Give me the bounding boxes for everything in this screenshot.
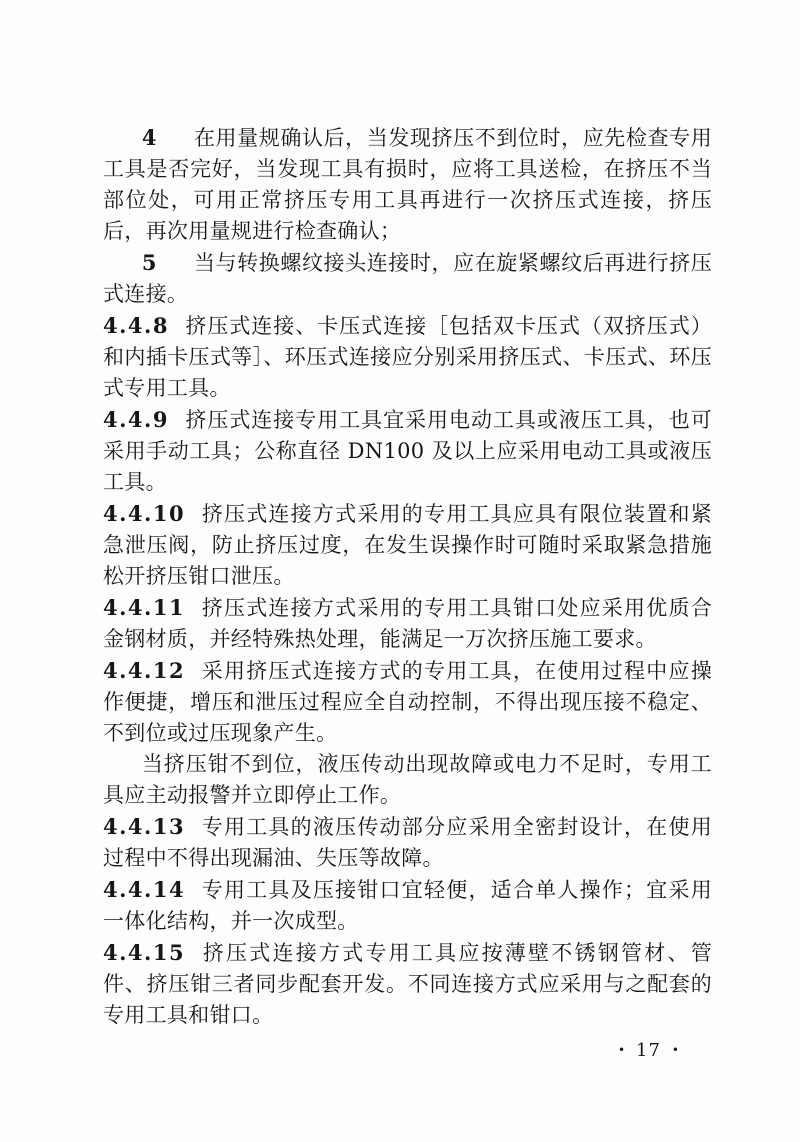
paragraph-text: 挤压式连接方式采用的专用工具钳口处应采用优质合金钢材质，并经特殊热处理，能满足一… [103,596,712,651]
clause-number: 4.4.8 [103,313,169,338]
clause-number: 4.4.12 [103,658,185,683]
paragraph-text: 挤压式连接方式专用工具应按薄壁不锈钢管材、管件、挤压钳三者同步配套开发。不同连接… [103,941,712,1027]
paragraph-subitem-5: 5当与转换螺纹接头连接时，应在旋紧螺纹后再进行挤压式连接。 [103,247,712,310]
paragraph-clause-4-4-13: 4.4.13专用工具的液压传动部分应采用全密封设计，在使用过程中不得出现漏油、失… [103,811,712,874]
paragraph-text: 挤压式连接、卡压式连接［包括双卡压式（双挤压式）和内插卡压式等］、环压式连接应分… [103,314,712,400]
subitem-number: 5 [142,250,158,275]
paragraph-text: 当与转换螺纹接头连接时，应在旋紧螺纹后再进行挤压式连接。 [103,251,712,306]
paragraph-text: 挤压式连接专用工具宜采用电动工具或液压工具，也可采用手动工具；公称直径 DN10… [103,408,712,494]
footer-left-dot: • [618,1043,625,1057]
paragraph-subitem-4: 4在用量规确认后，当发现挤压不到位时，应先检查专用工具是否完好，当发现工具有损时… [103,122,712,247]
paragraph-clause-4-4-8: 4.4.8挤压式连接、卡压式连接［包括双卡压式（双挤压式）和内插卡压式等］、环压… [103,310,712,404]
page-number: 17 [636,1040,661,1061]
clause-number: 4.4.11 [103,595,185,620]
clause-number: 4.4.15 [103,940,185,965]
paragraph-clause-4-4-10: 4.4.10挤压式连接方式采用的专用工具应具有限位装置和紧急泄压阀，防止挤压过度… [103,498,712,592]
scanned-page: 4在用量规确认后，当发现挤压不到位时，应先检查专用工具是否完好，当发现工具有损时… [0,0,800,1142]
clause-number: 4.4.14 [103,877,185,902]
paragraph-text: 专用工具及压接钳口宜轻便，适合单人操作；宜采用一体化结构，并一次成型。 [103,878,712,933]
page-footer: •17• [103,1040,712,1061]
paragraph-text: 当挤压钳不到位，液压传动出现故障或电力不足时，专用工具应主动报警并立即停止工作。 [103,752,712,807]
clause-number: 4.4.13 [103,814,185,839]
paragraph-text: 挤压式连接方式采用的专用工具应具有限位装置和紧急泄压阀，防止挤压过度，在发生误操… [103,502,712,588]
paragraph-text: 在用量规确认后，当发现挤压不到位时，应先检查专用工具是否完好，当发现工具有损时，… [103,126,712,243]
paragraph-clause-4-4-9: 4.4.9挤压式连接专用工具宜采用电动工具或液压工具，也可采用手动工具；公称直径… [103,404,712,498]
clause-number: 4.4.9 [103,407,169,432]
paragraph-clause-4-4-12: 4.4.12采用挤压式连接方式的专用工具，在使用过程中应操作便捷，增压和泄压过程… [103,655,712,749]
paragraph-continuation: 当挤压钳不到位，液压传动出现故障或电力不足时，专用工具应主动报警并立即停止工作。 [103,749,712,811]
paragraph-text: 专用工具的液压传动部分应采用全密封设计，在使用过程中不得出现漏油、失压等故障。 [103,815,712,870]
document-text-block: 4在用量规确认后，当发现挤压不到位时，应先检查专用工具是否完好，当发现工具有损时… [103,122,712,1031]
paragraph-clause-4-4-14: 4.4.14专用工具及压接钳口宜轻便，适合单人操作；宜采用一体化结构，并一次成型… [103,874,712,937]
subitem-number: 4 [142,125,158,150]
footer-right-dot: • [672,1043,679,1057]
paragraph-clause-4-4-11: 4.4.11挤压式连接方式采用的专用工具钳口处应采用优质合金钢材质，并经特殊热处… [103,592,712,655]
clause-number: 4.4.10 [103,501,185,526]
paragraph-text: 采用挤压式连接方式的专用工具，在使用过程中应操作便捷，增压和泄压过程应全自动控制… [103,659,712,745]
paragraph-clause-4-4-15: 4.4.15挤压式连接方式专用工具应按薄壁不锈钢管材、管件、挤压钳三者同步配套开… [103,937,712,1031]
